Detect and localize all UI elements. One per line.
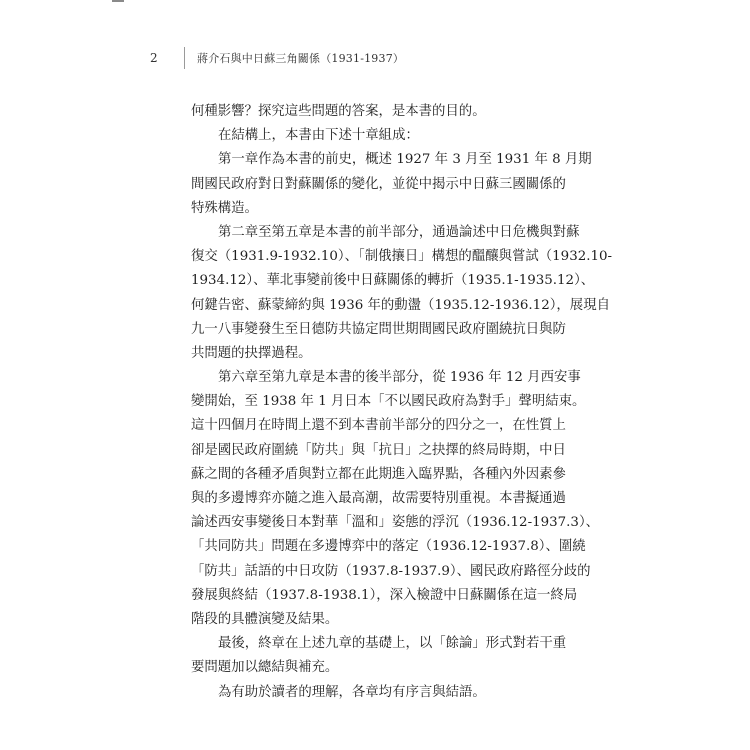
text-line: 在結構上，本書由下述十章組成： xyxy=(191,124,563,148)
crop-mark xyxy=(112,0,124,2)
text-line: 第一章作為本書的前史，概述 1927 年 3 月至 1931 年 8 月期 xyxy=(191,148,563,172)
text-line: 為有助於讀者的理解，各章均有序言與結語。 xyxy=(191,681,563,705)
text-line: 論述西安事變後日本對華「溫和」姿態的浮沉（1936.12-1937.3）、 xyxy=(191,511,563,535)
running-head: 2 蔣介石與中日蘇三角關係（1931-1937） xyxy=(150,48,404,68)
text-line: 變開始，至 1938 年 1 月日本「不以國民政府為對手」聲明結束。 xyxy=(191,390,563,414)
text-line: 何鍵告密、蘇蒙締約與 1936 年的動盪（1935.12-1936.12），展現… xyxy=(191,294,563,318)
text-line: 間國民政府對日對蘇關係的變化，並從中揭示中日蘇三國關係的 xyxy=(191,173,563,197)
text-line: 何種影響？探究這些問題的答案，是本書的目的。 xyxy=(191,100,563,124)
text-line: 第六章至第九章是本書的後半部分，從 1936 年 12 月西安事 xyxy=(191,366,563,390)
page-number: 2 xyxy=(150,51,164,65)
text-line: 階段的具體演變及結果。 xyxy=(191,608,563,632)
header-divider xyxy=(184,47,185,69)
text-line: 要問題加以總結與補充。 xyxy=(191,656,563,680)
text-line: 1934.12）、華北事變前後中日蘇關係的轉折（1935.1-1935.12）、 xyxy=(191,269,563,293)
running-head-title: 蔣介石與中日蘇三角關係（1931-1937） xyxy=(197,50,404,66)
text-line: 特殊構造。 xyxy=(191,197,563,221)
text-line: 與的多邊博弈亦隨之進入最高潮，故需要特別重視。本書擬通過 xyxy=(191,487,563,511)
text-line: 最後，終章在上述九章的基礎上，以「餘論」形式對若干重 xyxy=(191,632,563,656)
body-text: 何種影響？探究這些問題的答案，是本書的目的。 在結構上，本書由下述十章組成： 第… xyxy=(191,100,563,705)
text-line: 「防共」話語的中日攻防（1937.8-1937.9）、國民政府路徑分歧的 xyxy=(191,560,563,584)
text-line: 卻是國民政府圍繞「防共」與「抗日」之抉擇的終局時期，中日 xyxy=(191,439,563,463)
text-line: 共問題的抉擇過程。 xyxy=(191,342,563,366)
text-line: 這十四個月在時間上還不到本書前半部分的四分之一，在性質上 xyxy=(191,414,563,438)
text-line: 九一八事變發生至日德防共協定問世期間國民政府圍繞抗日與防 xyxy=(191,318,563,342)
text-line: 「共同防共」問題在多邊博弈中的落定（1936.12-1937.8）、圍繞 xyxy=(191,535,563,559)
text-line: 第二章至第五章是本書的前半部分，通過論述中日危機與對蘇 xyxy=(191,221,563,245)
text-line: 發展與終結（1937.8-1938.1），深入檢證中日蘇關係在這一終局 xyxy=(191,584,563,608)
text-line: 蘇之間的各種矛盾與對立都在此期進入臨界點，各種內外因素參 xyxy=(191,463,563,487)
text-line: 復交（1931.9-1932.10）、「制俄攘日」構想的醞釀與嘗試（1932.1… xyxy=(191,245,563,269)
